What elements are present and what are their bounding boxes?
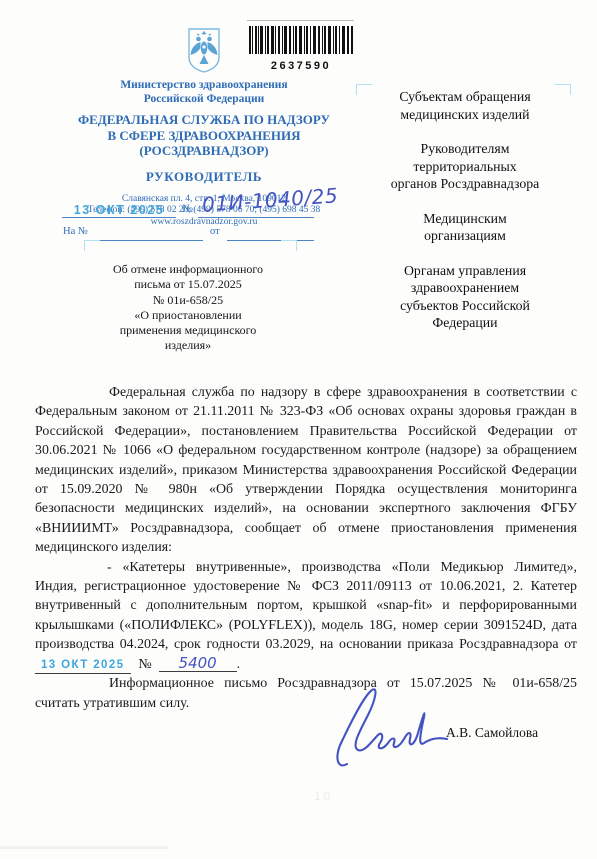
recipients-block: Субъектам обращения медицинских изделий … [366,88,564,349]
recipient-item: Медицинским организациям [366,210,564,245]
service-name: ФЕДЕРАЛЬНАЯ СЛУЖБА ПО НАДЗОРУ В СФЕРЕ ЗД… [58,112,350,159]
date-stamp: 13 ОКТ 2025 [74,203,164,217]
subject-zone-corner-right [281,240,297,251]
body-paragraph-3: Информационное письмо Росздравнадзора от… [35,674,577,713]
reply-number-field [99,224,203,241]
recipient-item: Органам управления здравоохранением субъ… [366,262,564,332]
recipient-item: Субъектам обращения медицинских изделий [366,88,564,123]
scan-edge-artifact [0,846,168,849]
handwritten-order-number: 5400 [159,655,237,672]
date-field: 13 ОКТ 2025 [62,201,176,218]
coat-of-arms-icon [186,27,222,75]
letter-body: Федеральная служба по надзору в сфере зд… [35,383,577,713]
subject-zone-corner-left [84,240,100,251]
signature-icon [333,684,453,774]
letter-subject: Об отмене информационного письма от 15.0… [68,262,308,354]
position-title: РУКОВОДИТЕЛЬ [58,169,350,185]
faint-page-marker: 10 [314,789,333,803]
recipient-item: Руководителям территориальных органов Ро… [366,140,564,193]
reply-to-number-label: На № [63,226,88,237]
official-letter-page: 2637590 Министерство здравоохранения Рос… [0,0,597,859]
body-paragraph-1: Федеральная служба по надзору в сфере зд… [35,383,577,558]
reply-date-label: от [210,226,220,237]
order-number-sign: № [138,657,151,672]
scan-artifact-line [247,20,354,21]
body-paragraph-2-text: - «Катетеры внутривенные», производства … [35,560,577,653]
ministry-name: Министерство здравоохранения Российской … [58,79,350,106]
order-date-stamp: 13 ОКТ 2025 [35,658,131,674]
signer-name: А.В. Самойлова [446,725,538,741]
number-sign-label: № [182,203,193,215]
sentence-period: . [237,657,240,672]
reply-date-field [227,224,314,241]
body-paragraph-2: - «Катетеры внутривенные», производства … [35,558,577,674]
